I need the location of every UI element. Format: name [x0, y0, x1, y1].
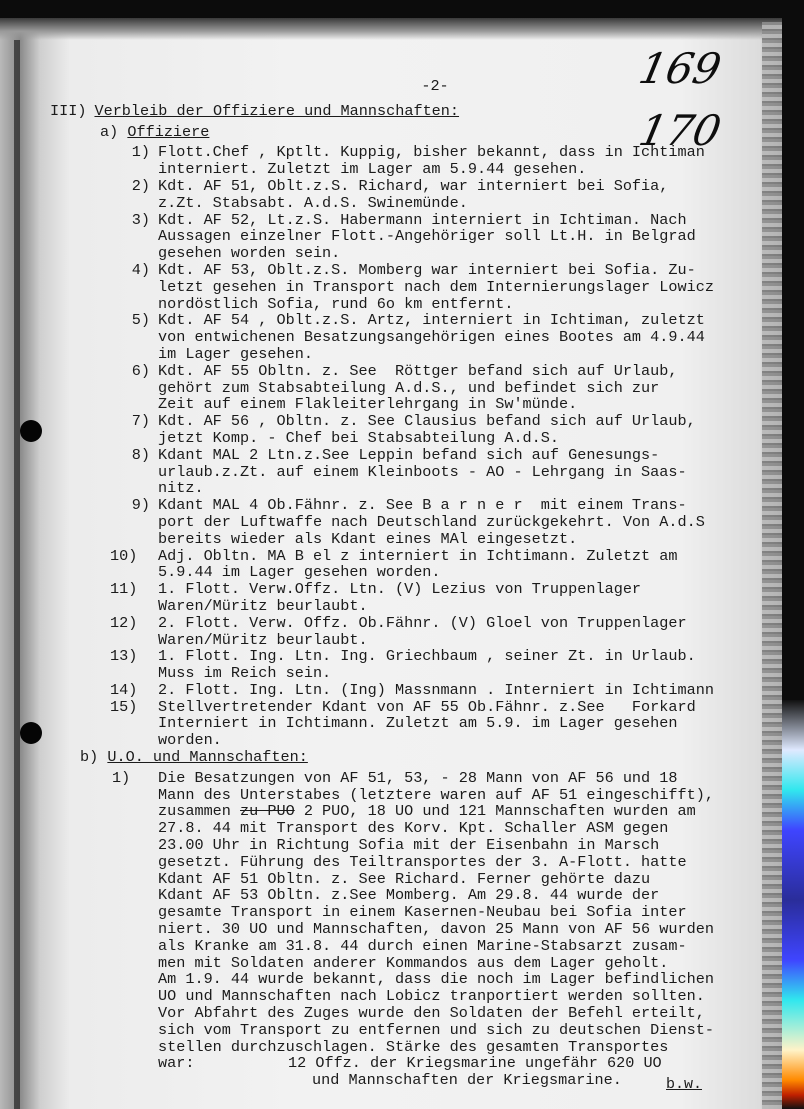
- list-item: 6)Kdt. AF 55 Obltn. z. See Röttger befan…: [50, 363, 760, 413]
- section-number: III): [50, 103, 86, 120]
- item-number: 3): [50, 212, 158, 262]
- item-number: 9): [50, 497, 158, 547]
- item-text: Die Besatzungen von AF 51, 53, - 28 Mann…: [158, 770, 714, 1056]
- scan-top-edge: [0, 18, 782, 40]
- part-b-label: U.O. und Mannschaften:: [107, 748, 308, 766]
- part-a-label: Offiziere: [127, 123, 209, 141]
- list-item: 4)Kdt. AF 53, Oblt.z.S. Momberg war inte…: [50, 262, 760, 312]
- scanner-color-artifact: [782, 700, 804, 1109]
- part-a-heading: a) Offiziere: [100, 124, 760, 141]
- item-text: Kdant MAL 4 Ob.Fähnr. z. See B a r n e r…: [158, 497, 705, 547]
- list-item: 12)2. Flott. Verw. Offz. Ob.Fähnr. (V) G…: [50, 615, 760, 649]
- strength-label: war:: [158, 1055, 288, 1072]
- item-text: Flott.Chef , Kptlt. Kuppig, bisher bekan…: [158, 144, 705, 178]
- enlisted-list: 1) Die Besatzungen von AF 51, 53, - 28 M…: [50, 770, 760, 1089]
- item-text: 1. Flott. Verw.Offz. Ltn. (V) Lezius von…: [158, 581, 641, 615]
- continuation-note: b.w.: [666, 1076, 702, 1093]
- list-item: 5)Kdt. AF 54 , Oblt.z.S. Artz, internier…: [50, 312, 760, 362]
- item-number: 10): [50, 548, 158, 582]
- strength-line-2: und Mannschaften der Kriegsmarine.: [312, 1072, 622, 1089]
- item-number: 11): [50, 581, 158, 615]
- list-item: 11)1. Flott. Verw.Offz. Ltn. (V) Lezius …: [50, 581, 760, 615]
- section-heading: III) Verbleib der Offiziere und Mannscha…: [50, 103, 760, 120]
- item-text: Kdt. AF 53, Oblt.z.S. Momberg war intern…: [158, 262, 714, 312]
- item-number: 7): [50, 413, 158, 447]
- item-text: 1. Flott. Ing. Ltn. Ing. Griechbaum , se…: [158, 648, 696, 682]
- punch-hole-upper: [20, 420, 42, 442]
- list-item: 14)2. Flott. Ing. Ltn. (Ing) Massnmann .…: [50, 682, 760, 699]
- list-item: 7)Kdt. AF 56 , Obltn. z. See Clausius be…: [50, 413, 760, 447]
- part-b-prefix: b): [80, 748, 98, 766]
- item-text: Kdant MAL 2 Ltn.z.See Leppin befand sich…: [158, 447, 687, 497]
- item-number: 5): [50, 312, 158, 362]
- section-title: Verbleib der Offiziere und Mannschaften:: [94, 103, 459, 120]
- strength-row: war: 12 Offz. der Kriegsmarine ungefähr …: [50, 1055, 760, 1072]
- item-number: 2): [50, 178, 158, 212]
- item-number: 1): [50, 144, 158, 178]
- strength-line-1: 12 Offz. der Kriegsmarine ungefähr 620 U…: [288, 1055, 662, 1072]
- item-number: 15): [50, 699, 158, 749]
- struck-text: zu PUO: [240, 802, 295, 820]
- part-a-prefix: a): [100, 123, 118, 141]
- item-number: 13): [50, 648, 158, 682]
- strength-row: und Mannschaften der Kriegsmarine.: [50, 1072, 760, 1089]
- list-item: 1)Flott.Chef , Kptlt. Kuppig, bisher bek…: [50, 144, 760, 178]
- item-text: Kdt. AF 51, Oblt.z.S. Richard, war inter…: [158, 178, 668, 212]
- list-item: 1) Die Besatzungen von AF 51, 53, - 28 M…: [50, 770, 760, 1056]
- list-item: 3)Kdt. AF 52, Lt.z.S. Habermann internie…: [50, 212, 760, 262]
- list-item: 15)Stellvertretender Kdant von AF 55 Ob.…: [50, 699, 760, 749]
- officers-list: 1)Flott.Chef , Kptlt. Kuppig, bisher bek…: [50, 144, 760, 749]
- list-item: 8)Kdant MAL 2 Ltn.z.See Leppin befand si…: [50, 447, 760, 497]
- page-stack-edge: [762, 22, 782, 1109]
- item-number: 4): [50, 262, 158, 312]
- punch-hole-lower: [20, 722, 42, 744]
- document-body: -2- III) Verbleib der Offiziere und Mann…: [50, 78, 760, 1089]
- binding-fold: [14, 40, 20, 1109]
- item-number: 1): [50, 770, 158, 1056]
- item-text: Stellvertretender Kdant von AF 55 Ob.Fäh…: [158, 699, 696, 749]
- item-text: Kdt. AF 56 , Obltn. z. See Clausius befa…: [158, 413, 696, 447]
- part-b-heading: b) U.O. und Mannschaften:: [80, 749, 760, 766]
- page-number: -2-: [50, 78, 760, 95]
- list-item: 10)Adj. Obltn. MA B el z interniert in I…: [50, 548, 760, 582]
- item-number: 14): [50, 682, 158, 699]
- item-number: 12): [50, 615, 158, 649]
- item-text: Adj. Obltn. MA B el z interniert in Icht…: [158, 548, 678, 582]
- item-number: 8): [50, 447, 158, 497]
- item-text: 2. Flott. Ing. Ltn. (Ing) Massnmann . In…: [158, 682, 714, 699]
- list-item: 2)Kdt. AF 51, Oblt.z.S. Richard, war int…: [50, 178, 760, 212]
- list-item: 13)1. Flott. Ing. Ltn. Ing. Griechbaum ,…: [50, 648, 760, 682]
- item-text: Kdt. AF 54 , Oblt.z.S. Artz, interniert …: [158, 312, 705, 362]
- item-text: Kdt. AF 55 Obltn. z. See Röttger befand …: [158, 363, 678, 413]
- item-number: 6): [50, 363, 158, 413]
- item-text-rest: 2 PUO, 18 UO und 121 Mannschaften wurden…: [158, 802, 714, 1055]
- item-text: 2. Flott. Verw. Offz. Ob.Fähnr. (V) Gloe…: [158, 615, 687, 649]
- list-item: 9)Kdant MAL 4 Ob.Fähnr. z. See B a r n e…: [50, 497, 760, 547]
- item-text: Kdt. AF 52, Lt.z.S. Habermann interniert…: [158, 212, 696, 262]
